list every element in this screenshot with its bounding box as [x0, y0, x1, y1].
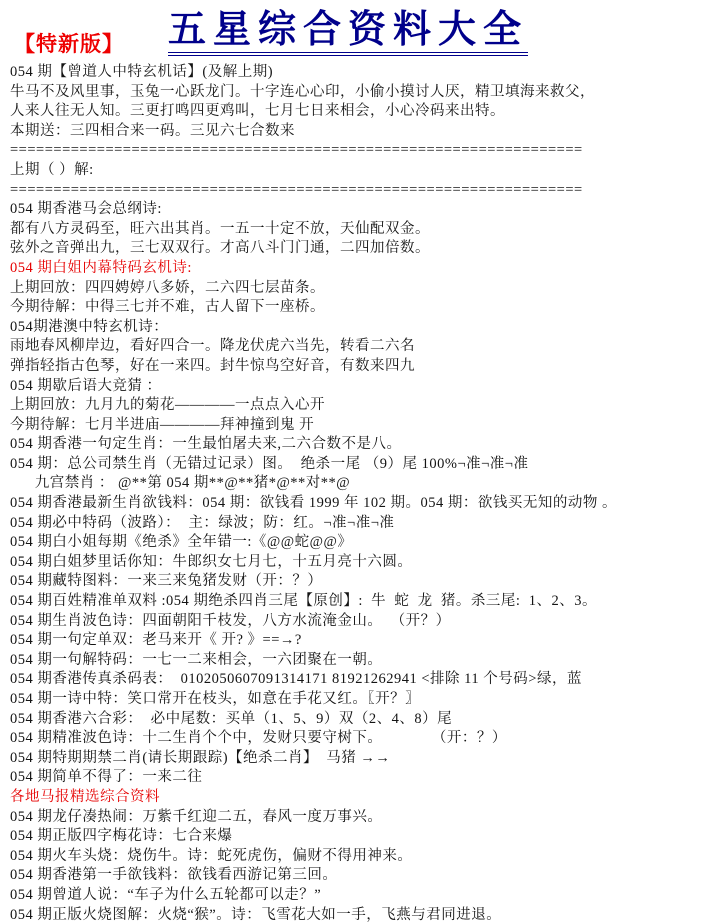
text-line: 054 期曾道人说：“车子为什么五轮都可以走？”	[10, 886, 713, 906]
section-heading-line: 054 期白姐内幕特码玄机诗:	[10, 259, 713, 279]
text-line: 今期待解：中得三七并不难，古人留下一座桥。	[10, 298, 713, 318]
text-line: 054 期一句解特码：一七一二来相会，一六团聚在一朝。	[10, 651, 713, 671]
text-line: 人来人往无人知。三更打鸣四更鸡叫，七月七日来相会，小心冷码来出特。	[10, 102, 713, 122]
content-lines: 054 期【曾道人中特玄机话】(及解上期)牛马不及风里事，玉兔一心跃龙门。十字连…	[0, 56, 713, 924]
text-line: 054 期特期期禁二肖(请长期跟踪)【绝杀二肖】 马猪 →→	[10, 749, 713, 769]
text-line: 054 期：总公司禁生肖（无错过记录）图。 绝杀一尾 （9）尾 100%¬准¬准…	[10, 455, 713, 475]
text-line: 上期回放：九月九的菊花————一点点入心开	[10, 396, 713, 416]
text-line: 054 期一句定单双：老马来开《 开? 》==→?	[10, 631, 713, 651]
text-line: 054 期藏特图料：一来三来兔猪发财（开：？）	[10, 572, 713, 592]
text-line: 054 期正版火烧图解：火烧“猴”。诗：飞雪花大如一手，飞燕与君同进退。	[10, 906, 713, 924]
text-line: 054 期香港六合彩： 必中尾数：买单（1、5、9）双（2、4、8）尾	[10, 710, 713, 730]
page-header: 【特新版】 五星综合资料大全	[0, 0, 713, 56]
section-heading-line: 各地马报精选综合资料	[10, 788, 713, 808]
text-line: 054 期简单不得了：一来二往	[10, 768, 713, 788]
text-line: 054 期火车头烧：烧伤牛。诗：蛇死虎伤，偏财不得用神来。	[10, 847, 713, 867]
text-line: 上期（ ）解:	[10, 161, 713, 181]
text-line: 雨地春风柳岸边，看好四合一。降龙伏虎六当先，转看二六名	[10, 337, 713, 357]
text-line: 弦外之音弹出九，三七双双行。才高八斗门门通，二四加倍数。	[10, 239, 713, 259]
text-line: 054 期白姐梦里话你知：牛郎织女七月七，十五月亮十六圆。	[10, 553, 713, 573]
text-line: 054 期百姓精准单双料 :054 期绝杀四肖三尾【原创】: 牛 蛇 龙 猪。杀…	[10, 592, 713, 612]
text-line: 054 期香港传真杀码表： 0102050607091314171 819212…	[10, 670, 713, 690]
text-line: 今期待解：七月半进庙————拜神撞到鬼 开	[10, 416, 713, 436]
text-line: 054 期龙仔凑热闹：万紫千红迎二五，春风一度万事兴。	[10, 808, 713, 828]
text-line: 054 期香港第一手欲钱料：欲钱看西游记第三回。	[10, 866, 713, 886]
text-line: 都有八方灵码至，旺六出其肖。一五一十定不放，天仙配双金。	[10, 220, 713, 240]
text-line: 上期回放：四四娉婷八多娇，二六四七层苗条。	[10, 279, 713, 299]
text-line: 九宫禁肖 ： @**第 054 期**@**猪*@**对**@	[10, 474, 713, 494]
text-line: 054 期必中特码（波路）： 主：绿波；防：红。¬准¬准¬准	[10, 514, 713, 534]
text-line: 054 期香港马会总纲诗:	[10, 200, 713, 220]
text-line: 054 期香港一句定生肖：一生最怕屠夫来,二六合数不是八。	[10, 435, 713, 455]
text-line: 054 期歇后语大竞猜 ：	[10, 377, 713, 397]
text-line: 054 期一诗中特：笑口常开在枝头，如意在手花又红。〖开？〗	[10, 690, 713, 710]
text-line: 054 期生肖波色诗：四面朝阳千枝发，八方水流淹金山。 （开？）	[10, 612, 713, 632]
edition-badge: 【特新版】	[14, 33, 124, 56]
page: 【特新版】 五星综合资料大全 054 期【曾道人中特玄机话】(及解上期)牛马不及…	[0, 0, 713, 924]
text-line: 054 期【曾道人中特玄机话】(及解上期)	[10, 63, 713, 83]
text-line: 054 期香港最新生肖欲钱料：054 期：欲钱看 1999 年 102 期。05…	[10, 494, 713, 514]
text-line: 本期送：三四相合来一码。三见六七合数来	[10, 122, 713, 142]
text-line: ========================================…	[10, 141, 713, 161]
text-line: 054 期白小姐每期《绝杀》全年错一:《@@蛇@@》	[10, 533, 713, 553]
text-line: ========================================…	[10, 181, 713, 201]
text-line: 牛马不及风里事，玉兔一心跃龙门。十字连心心印，小偷小摸讨人厌，精卫填海来救父，	[10, 83, 713, 103]
page-title[interactable]: 五星综合资料大全	[168, 11, 528, 56]
text-line: 054期港澳中特玄机诗：	[10, 318, 713, 338]
text-line: 054 期正版四字梅花诗：七合来爆	[10, 827, 713, 847]
text-line: 弹指轻指古色琴，好在一来四。封牛惊鸟空好音，有数来四九	[10, 357, 713, 377]
text-line: 054 期精准波色诗：十二生肖个个中，发财只要守树下。 （开：？）	[10, 729, 713, 749]
